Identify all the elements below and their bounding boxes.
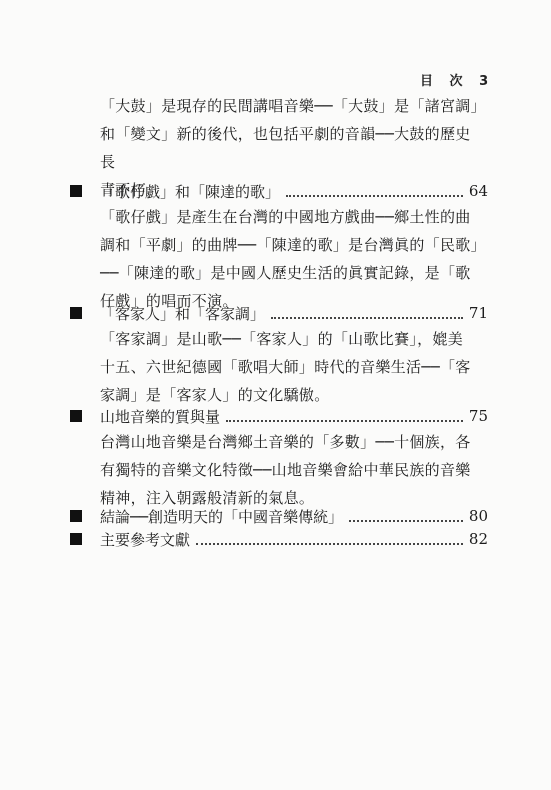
square-bullet-icon	[70, 410, 82, 422]
toc-entry[interactable]: 「歌仔戲」和「陳達的歌」 64	[70, 180, 488, 202]
entry-page: 71	[469, 304, 488, 322]
desc-line: 台灣山地音樂是台灣鄉土音樂的「多數」──十個族，各	[100, 428, 485, 456]
entry-description: 「客家調」是山歌──「客家人」的「山歌比賽」，媲美 十五、六世紀德國「歌唱大師」…	[100, 325, 485, 409]
square-bullet-icon	[70, 307, 82, 319]
entry-page: 82	[469, 530, 488, 548]
running-header: 目 次 3	[420, 70, 494, 89]
desc-line: 十五、六世紀德國「歌唱大師」時代的音樂生活──「客	[100, 353, 485, 381]
square-bullet-icon	[70, 185, 82, 197]
toc-entry[interactable]: 「客家人」和「客家調」 71	[70, 302, 488, 324]
dot-leader	[271, 317, 463, 319]
entry-page: 75	[469, 407, 488, 425]
entry-title: 「客家人」和「客家調」	[100, 303, 265, 324]
square-bullet-icon	[70, 533, 82, 545]
desc-line: 調和「平劇」的曲牌──「陳達的歌」是台灣眞的「民歌」	[100, 231, 485, 259]
entry-description: 「歌仔戲」是產生在台灣的中國地方戲曲──鄉土性的曲 調和「平劇」的曲牌──「陳達…	[100, 203, 485, 315]
entry-title: 「歌仔戲」和「陳達的歌」	[100, 181, 280, 202]
toc-entry[interactable]: 結論──創造明天的「中國音樂傳統」 80	[70, 505, 488, 527]
dot-leader	[349, 520, 463, 522]
toc-entry[interactable]: 主要參考文獻 82	[70, 528, 488, 550]
dot-leader	[196, 543, 463, 545]
entry-page: 64	[469, 182, 488, 200]
entry-description: 台灣山地音樂是台灣鄉土音樂的「多數」──十個族，各 有獨特的音樂文化特徵──山地…	[100, 428, 485, 512]
entry-title: 山地音樂的質與量	[100, 406, 220, 427]
dot-leader	[286, 195, 463, 197]
desc-line: 「歌仔戲」是產生在台灣的中國地方戲曲──鄉土性的曲	[100, 203, 485, 231]
section-title: 目 次	[420, 74, 469, 89]
entry-title: 主要參考文獻	[100, 529, 190, 550]
desc-line: 「客家調」是山歌──「客家人」的「山歌比賽」，媲美	[100, 325, 485, 353]
entry-page: 80	[469, 507, 488, 525]
page-number: 3	[479, 74, 494, 89]
desc-line: 「大鼓」是現存的民間講唱音樂──「大鼓」是「諸宮調」	[100, 92, 485, 120]
dot-leader	[226, 420, 463, 422]
desc-line: 有獨特的音樂文化特徵──山地音樂會給中華民族的音樂	[100, 456, 485, 484]
toc-entry[interactable]: 山地音樂的質與量 75	[70, 405, 488, 427]
desc-line: ──「陳達的歌」是中國人歷史生活的眞實記錄，是「歌	[100, 259, 485, 287]
desc-line: 和「變文」新的後代，也包括平劇的音韻──大鼓的歷史長	[100, 120, 485, 176]
square-bullet-icon	[70, 510, 82, 522]
entry-title: 結論──創造明天的「中國音樂傳統」	[100, 506, 343, 527]
